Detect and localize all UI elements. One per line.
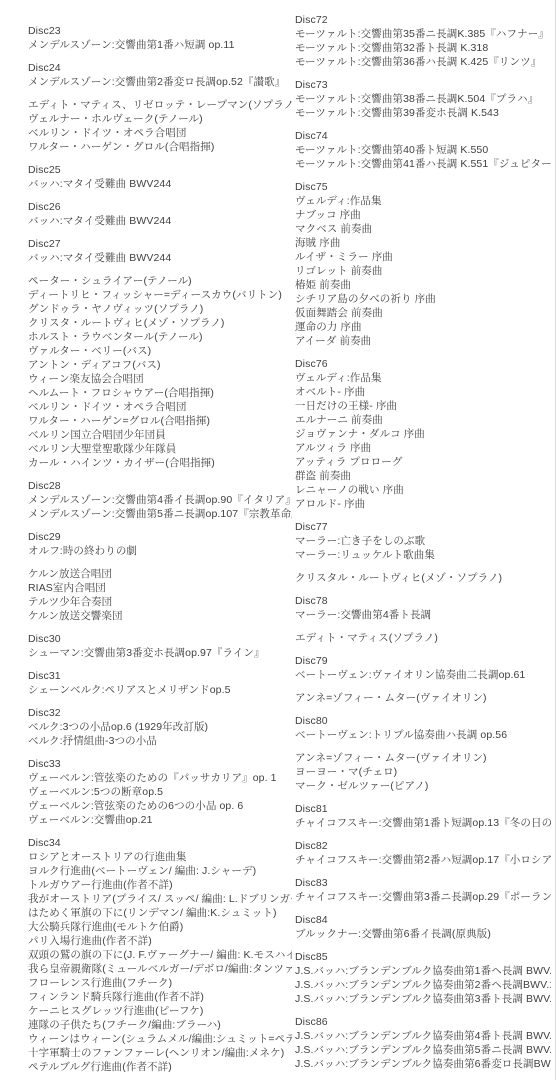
disc-block: Disc74モーツァルト:交響曲第40番ト短調 K.550モーツァルト:交響曲第…: [295, 129, 551, 171]
disc-text-line: バッハ:マタイ受難曲 BWV244: [28, 177, 292, 191]
disc-number-heading: Disc33: [28, 757, 292, 771]
disc-number-heading: Disc77: [295, 520, 551, 534]
disc-text-line: ヘルムート・フロシャウアー(合唱指揮): [28, 386, 292, 400]
disc-block: Disc33ヴェーベルン:管弦楽のための『パッサカリア』op. 1ヴェーベルン:…: [28, 757, 292, 827]
disc-block: アンネ=ゾフィー・ムター(ヴァイオリン): [295, 691, 551, 705]
disc-text-line: オルフ:時の終わりの劇: [28, 544, 292, 558]
disc-text-line: 椿姫 前奏曲: [295, 278, 551, 292]
disc-block: ケルン放送合唱団RIAS室内合唱団テルツ少年合奏団ケルン放送交響楽団: [28, 567, 292, 623]
disc-text-line: シューマン:交響曲第3番変ホ長調op.97『ライン』: [28, 646, 292, 660]
disc-text-line: ヴァルター・ベリー(バス): [28, 344, 292, 358]
disc-text-line: ヨーヨー・マ(チェロ): [295, 765, 551, 779]
disc-text-line: 十字軍騎士のファンファーレ(ヘンリオン/編曲:メネケ): [28, 1046, 292, 1060]
disc-text-line: マーラー:リュッケルト歌曲集: [295, 548, 551, 562]
disc-block: Disc80ベートーヴェン:トリプル協奏曲ハ長調 op.56: [295, 714, 551, 742]
disc-text-line: ヴェーベルン:管弦楽のための『パッサカリア』op. 1: [28, 771, 292, 785]
disc-text-line: ヴェルディ:作品集: [295, 371, 551, 385]
disc-text-line: ベルリン国立合唱団少年団員: [28, 428, 292, 442]
disc-block: Disc72モーツァルト:交響曲第35番ニ長調K.385『ハフナー』モーツァルト…: [295, 13, 551, 69]
disc-text-line: フィンランド騎兵隊行進曲(作者不詳): [28, 990, 292, 1004]
disc-number-heading: Disc26: [28, 200, 292, 214]
disc-number-heading: Disc78: [295, 594, 551, 608]
disc-text-line: ホルスト・ラウベンタール(テノール): [28, 330, 292, 344]
disc-text-line: ペーター・シュライアー(テノール): [28, 274, 292, 288]
disc-text-line: ディートリヒ・フィッシャー=ディースカウ(バリトン): [28, 288, 292, 302]
page-edge-divider: [555, 0, 556, 1080]
disc-block: Disc76ヴェルディ:作品集オベルト- 序曲一日だけの王様- 序曲エルナーニ …: [295, 357, 551, 511]
disc-block: Disc27バッハ:マタイ受難曲 BWV244: [28, 237, 292, 265]
disc-block: Disc85J.S.バッハ:ブランデンブルク協奏曲第1番ヘ長調 BWV.1046…: [295, 950, 551, 1006]
disc-text-line: バッハ:マタイ受難曲 BWV244: [28, 251, 292, 265]
disc-text-line: ヴェーベルン:交響曲op.21: [28, 813, 292, 827]
disc-number-heading: Disc83: [295, 876, 551, 890]
disc-text-line: メンデルスゾーン:交響曲第2番変ロ長調op.52『讃歌』: [28, 75, 292, 89]
disc-number-heading: Disc24: [28, 61, 292, 75]
disc-number-heading: Disc86: [295, 1015, 551, 1029]
disc-text-line: J.S.バッハ:ブランデンブルク協奏曲第4番ト長調 BWV.1049: [295, 1029, 551, 1043]
disc-text-line: シェーンベルク:ペリアスとメリザンドop.5: [28, 683, 292, 697]
disc-text-line: ヴェルナー・ホルヴェーク(テノール): [28, 112, 292, 126]
disc-block: Disc75ヴェルディ:作品集ナブッコ 序曲マクベス 前奏曲海賊 序曲ルイザ・ミ…: [295, 180, 551, 348]
disc-text-line: ベルリン大聖堂聖歌隊少年隊員: [28, 442, 292, 456]
disc-block: Disc25バッハ:マタイ受難曲 BWV244: [28, 163, 292, 191]
disc-text-line: ヴェーベルン:5つの断章op.5: [28, 785, 292, 799]
disc-block: Disc29オルフ:時の終わりの劇: [28, 530, 292, 558]
disc-text-line: 我がオーストリア(プライス/ スッペ/ 編曲: L.ドブリンガー): [28, 892, 292, 906]
disc-text-line: J.S.バッハ:ブランデンブルク協奏曲第1番ヘ長調 BWV.1046: [295, 964, 551, 978]
disc-text-line: J.S.バッハ:ブランデンブルク協奏曲第5番ニ長調 BWV.1050: [295, 1043, 551, 1057]
disc-text-line: シチリア島の夕べの祈り 序曲: [295, 292, 551, 306]
disc-text-line: バッハ:マタイ受難曲 BWV244: [28, 214, 292, 228]
disc-text-line: マクベス 前奏曲: [295, 222, 551, 236]
disc-block: ペーター・シュライアー(テノール)ディートリヒ・フィッシャー=ディースカウ(バリ…: [28, 274, 292, 470]
disc-text-line: ルイザ・ミラー 序曲: [295, 250, 551, 264]
disc-number-heading: Disc79: [295, 654, 551, 668]
disc-text-line: ベートーヴェン:ヴァイオリン協奏曲二長調op.61: [295, 668, 551, 682]
disc-text-line: リゴレット 前奏曲: [295, 264, 551, 278]
disc-text-line: パリ入場行進曲(作者不詳): [28, 934, 292, 948]
disc-text-line: ワルター・ハーゲン・グロル(合唱指揮): [28, 140, 292, 154]
disc-text-line: ウィーンはウィーン(シュラムメル/編曲:シュミット=ペテルセン): [28, 1032, 292, 1046]
disc-block: Disc82チャイコフスキー:交響曲第2番ハ短調op.17『小ロシア』op.17: [295, 839, 551, 867]
disc-number-heading: Disc34: [28, 836, 292, 850]
disc-block: エディト・マティス、リゼロッテ・レープマン(ソプラノ)ヴェルナー・ホルヴェーク(…: [28, 98, 292, 154]
disc-block: Disc81チャイコフスキー:交響曲第1番ト短調op.13『冬の日の幻想』: [295, 802, 551, 830]
disc-text-line: クリスタル・ルートヴィヒ(メゾ・ソプラノ): [295, 571, 551, 585]
disc-text-line: メンデルスゾーン:交響曲第4番イ長調op.90『イタリア』: [28, 493, 292, 507]
disc-text-line: メンデルスゾーン:交響曲第1番ハ短調 op.11: [28, 38, 292, 52]
disc-block: Disc78マーラー:交響曲第4番ト長調: [295, 594, 551, 622]
disc-text-line: トルガウアー行進曲(作者不詳): [28, 878, 292, 892]
disc-text-line: 群盗 前奏曲: [295, 469, 551, 483]
disc-block: Disc83チャイコフスキー:交響曲第3番ニ長調op.29『ポーランド』: [295, 876, 551, 904]
disc-number-heading: Disc75: [295, 180, 551, 194]
disc-text-line: ジョヴァンナ・ダルコ 序曲: [295, 427, 551, 441]
disc-text-line: ケルン放送合唱団: [28, 567, 292, 581]
disc-text-line: 仮面舞踏会 前奏曲: [295, 306, 551, 320]
disc-text-line: ベルリン・ドイツ・オペラ合唱団: [28, 400, 292, 414]
disc-text-line: レニャーノの戦い 序曲: [295, 483, 551, 497]
disc-block: Disc32ベルク:3つの小品op.6 (1929年改訂版)ベルク:抒情組曲-3…: [28, 706, 292, 748]
disc-text-line: ベルク:抒情組曲-3つの小品: [28, 734, 292, 748]
disc-text-line: 我ら皇帝親衛隊(ミュールベルガー/デボロ/編曲:タンツァー): [28, 962, 292, 976]
disc-text-line: ウィーン楽友協会合唱団: [28, 372, 292, 386]
disc-text-line: モーツァルト:交響曲第38番ニ長調K.504『プラハ』: [295, 92, 551, 106]
disc-text-line: チャイコフスキー:交響曲第2番ハ短調op.17『小ロシア』op.17: [295, 853, 551, 867]
disc-block: Disc28メンデルスゾーン:交響曲第4番イ長調op.90『イタリア』メンデルス…: [28, 479, 292, 521]
disc-block: アンネ=ゾフィー・ムター(ヴァイオリン)ヨーヨー・マ(チェロ)マーク・ゼルツァー…: [295, 751, 551, 793]
disc-number-heading: Disc85: [295, 950, 551, 964]
disc-number-heading: Disc31: [28, 669, 292, 683]
disc-number-heading: Disc32: [28, 706, 292, 720]
disc-block: Disc23メンデルスゾーン:交響曲第1番ハ短調 op.11: [28, 24, 292, 52]
disc-number-heading: Disc76: [295, 357, 551, 371]
disc-text-line: チャイコフスキー:交響曲第3番ニ長調op.29『ポーランド』: [295, 890, 551, 904]
disc-text-line: ペテルブルグ行進曲(作者不詳): [28, 1060, 292, 1074]
disc-number-heading: Disc84: [295, 913, 551, 927]
disc-text-line: ワルター・ハーゲン=グロル(合唱指揮): [28, 414, 292, 428]
disc-number-heading: Disc23: [28, 24, 292, 38]
disc-text-line: ヨルク行進曲(ベートーヴェン/ 編曲: J.シャーデ): [28, 864, 292, 878]
disc-text-line: カール・ハインツ・カイザー(合唱指揮): [28, 456, 292, 470]
disc-number-heading: Disc82: [295, 839, 551, 853]
disc-block: エディト・マティス(ソプラノ): [295, 631, 551, 645]
disc-text-line: モーツァルト:交響曲第39番変ホ長調 K.543: [295, 106, 551, 120]
disc-number-heading: Disc28: [28, 479, 292, 493]
disc-number-heading: Disc29: [28, 530, 292, 544]
disc-block: Disc26バッハ:マタイ受難曲 BWV244: [28, 200, 292, 228]
disc-text-line: RIAS室内合唱団: [28, 581, 292, 595]
disc-number-heading: Disc27: [28, 237, 292, 251]
disc-text-line: モーツァルト:交響曲第36番ハ長調 K.425『リンツ』: [295, 55, 551, 69]
disc-text-line: ケルン放送交響楽団: [28, 609, 292, 623]
disc-text-line: J.S.バッハ:ブランデンブルク協奏曲第6番変ロ長調BWV.1051: [295, 1057, 551, 1071]
disc-list-column-right: Disc72モーツァルト:交響曲第35番ニ長調K.385『ハフナー』モーツァルト…: [295, 13, 551, 1080]
disc-text-line: メンデルスゾーン:交響曲第5番ニ長調op.107『宗教革命』: [28, 507, 292, 521]
disc-block: Disc84ブルックナー:交響曲第6番イ長調(原典版): [295, 913, 551, 941]
disc-text-line: モーツァルト:交響曲第32番ト長調 K.318: [295, 41, 551, 55]
disc-text-line: ベルリン・ドイツ・オペラ合唱団: [28, 126, 292, 140]
disc-text-line: ベートーヴェン:トリプル協奏曲ハ長調 op.56: [295, 728, 551, 742]
disc-text-line: クリスタ・ルートヴィヒ(メゾ・ソプラノ): [28, 316, 292, 330]
disc-text-line: マーラー:亡き子をしのぶ歌: [295, 534, 551, 548]
disc-text-line: モーツァルト:交響曲第41番ハ長調 K.551『ジュピター』: [295, 157, 551, 171]
disc-text-line: 大公騎兵隊行進曲(モルトケ伯爵): [28, 920, 292, 934]
disc-text-line: 海賊 序曲: [295, 236, 551, 250]
disc-text-line: ヴェルディ:作品集: [295, 194, 551, 208]
disc-text-line: フローレンス行進曲(フチーク): [28, 976, 292, 990]
disc-block: Disc30シューマン:交響曲第3番変ホ長調op.97『ライン』: [28, 632, 292, 660]
disc-text-line: マーラー:交響曲第4番ト長調: [295, 608, 551, 622]
disc-block: Disc86J.S.バッハ:ブランデンブルク協奏曲第4番ト長調 BWV.1049…: [295, 1015, 551, 1071]
disc-list-column-left: Disc23メンデルスゾーン:交響曲第1番ハ短調 op.11Disc24メンデル…: [28, 24, 292, 1080]
document-page: Disc23メンデルスゾーン:交響曲第1番ハ短調 op.11Disc24メンデル…: [0, 0, 559, 1080]
disc-text-line: テルツ少年合奏団: [28, 595, 292, 609]
disc-text-line: アイーダ 前奏曲: [295, 334, 551, 348]
disc-text-line: 連隊の子供たち(フチーク/編曲:ブラーハ): [28, 1018, 292, 1032]
disc-text-line: ナブッコ 序曲: [295, 208, 551, 222]
disc-block: Disc77マーラー:亡き子をしのぶ歌マーラー:リュッケルト歌曲集: [295, 520, 551, 562]
disc-number-heading: Disc30: [28, 632, 292, 646]
disc-text-line: アンネ=ゾフィー・ムター(ヴァイオリン): [295, 691, 551, 705]
disc-number-heading: Disc81: [295, 802, 551, 816]
disc-block: Disc73モーツァルト:交響曲第38番ニ長調K.504『プラハ』モーツァルト:…: [295, 78, 551, 120]
disc-text-line: J.S.バッハ:ブランデンブルク協奏曲第2番ヘ長調BWV.1047: [295, 978, 551, 992]
disc-text-line: チャイコフスキー:交響曲第1番ト短調op.13『冬の日の幻想』: [295, 816, 551, 830]
disc-text-line: モーツァルト:交響曲第40番ト短調 K.550: [295, 143, 551, 157]
disc-text-line: ロシアとオーストリアの行進曲集: [28, 850, 292, 864]
disc-text-line: エルナーニ 前奏曲: [295, 413, 551, 427]
disc-text-line: 運命の力 序曲: [295, 320, 551, 334]
disc-text-line: J.S.バッハ:ブランデンブルク協奏曲第3番ト長調 BWV.1048: [295, 992, 551, 1006]
disc-block: Disc34ロシアとオーストリアの行進曲集ヨルク行進曲(ベートーヴェン/ 編曲:…: [28, 836, 292, 1074]
disc-text-line: アンネ=ゾフィー・ムター(ヴァイオリン): [295, 751, 551, 765]
disc-text-line: エディト・マティス(ソプラノ): [295, 631, 551, 645]
disc-text-line: ヴェーベルン:管弦楽のための6つの小品 op. 6: [28, 799, 292, 813]
disc-text-line: ケーニヒスグレッツ行進曲(ピーフケ): [28, 1004, 292, 1018]
disc-block: クリスタル・ルートヴィヒ(メゾ・ソプラノ): [295, 571, 551, 585]
disc-text-line: アロルド- 序曲: [295, 497, 551, 511]
disc-text-line: オベルト- 序曲: [295, 385, 551, 399]
disc-number-heading: Disc72: [295, 13, 551, 27]
disc-block: Disc24メンデルスゾーン:交響曲第2番変ロ長調op.52『讃歌』: [28, 61, 292, 89]
disc-number-heading: Disc73: [295, 78, 551, 92]
disc-text-line: はためく軍旗の下に(リンデマン/ 編曲:K.シュミット): [28, 906, 292, 920]
disc-number-heading: Disc25: [28, 163, 292, 177]
disc-text-line: 一日だけの王様- 序曲: [295, 399, 551, 413]
disc-text-line: エディト・マティス、リゼロッテ・レープマン(ソプラノ): [28, 98, 292, 112]
disc-block: Disc79ベートーヴェン:ヴァイオリン協奏曲二長調op.61: [295, 654, 551, 682]
disc-text-line: モーツァルト:交響曲第35番ニ長調K.385『ハフナー』: [295, 27, 551, 41]
disc-number-heading: Disc74: [295, 129, 551, 143]
disc-text-line: アルツィラ 序曲: [295, 441, 551, 455]
disc-text-line: 双頭の鷲の旗の下に(J. F.ヴァーグナー/ 編曲: K.モスハイマー): [28, 948, 292, 962]
disc-text-line: アッティラ プロローグ: [295, 455, 551, 469]
disc-text-line: グンドゥラ・ヤノヴィッツ(ソプラノ): [28, 302, 292, 316]
disc-number-heading: Disc80: [295, 714, 551, 728]
disc-text-line: アントン・ディアコフ(バス): [28, 358, 292, 372]
disc-block: Disc31シェーンベルク:ペリアスとメリザンドop.5: [28, 669, 292, 697]
disc-text-line: マーク・ゼルツァー(ピアノ): [295, 779, 551, 793]
disc-text-line: ベルク:3つの小品op.6 (1929年改訂版): [28, 720, 292, 734]
disc-text-line: ブルックナー:交響曲第6番イ長調(原典版): [295, 927, 551, 941]
